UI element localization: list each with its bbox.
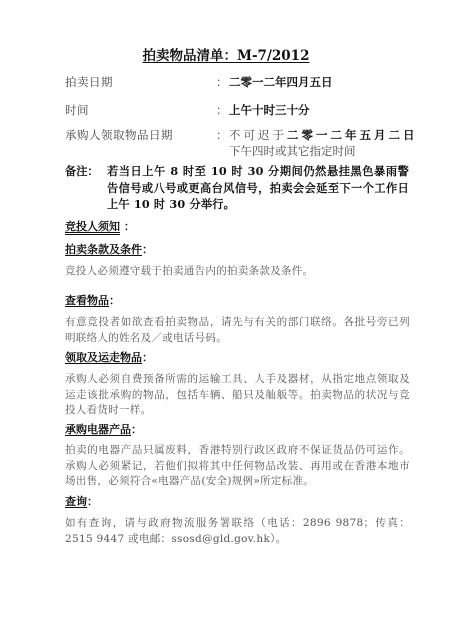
section-heading-colon: ： [109,294,120,307]
section-body-inspection: 有意竞投者如欲查看拍卖物品，请先与有关的部门联络。各批号旁已列明联络人的姓名及／… [65,315,410,346]
info-colon: ： [216,74,228,90]
section-heading-text: 拍卖条款及条件 [65,243,142,256]
section-heading-text: 承购电器产品 [65,423,131,436]
section-body-electrical: 拍卖的电器产品只属废料，香港特别行政区政府不保证货品仍可运作。承购人必须紧记，若… [65,443,410,490]
section-heading-colon: ： [87,495,98,508]
info-value-prefix: 不可迟于 [229,128,287,142]
section-heading-text: 查询 [65,495,87,508]
section-heading-inspection: 查看物品： [65,292,120,308]
section-heading-text: 查看物品 [65,294,109,307]
info-value: 二零一二年四月五日 [229,74,452,90]
info-colon: ： [216,127,228,143]
info-value-bold: 上午十时三十分 [229,103,310,117]
info-colon: ： [216,102,228,118]
section-heading-colon: ： [142,351,153,364]
bidder-notice-heading-colon: ： [124,220,135,233]
section-heading-text: 领取及运走物品 [65,351,142,364]
info-value: 上午十时三十分 [229,102,452,118]
section-heading-colon: ： [142,243,153,256]
document-page: 拍卖物品清单：M-7/2012 拍卖日期 ： 二零一二年四月五日 时间 ： 上午… [0,0,452,640]
title-text: 拍卖物品清单：M-7/2012 [143,48,310,64]
info-label: 时间 [65,102,215,118]
section-body-enquiry: 如有查询，请与政府物流服务署联络（电话：2896 9878；传真：2515 94… [65,516,410,547]
info-value-bold: 二零一二年五月二日 [287,128,418,142]
section-heading-electrical: 承购电器产品： [65,421,142,437]
section-heading-enquiry: 查询： [65,493,98,509]
info-label: 承购人领取物品日期 [65,127,215,143]
note-text: 若当日上午 8 时至 10 时 30 分期间仍然悬挂黑色暴雨警告信号或八号或更高… [107,163,409,213]
section-heading-collection: 领取及运走物品： [65,349,153,365]
note-label: 备注： [65,163,99,180]
section-heading-terms: 拍卖条款及条件： [65,241,153,257]
section-body-collection: 承购人必须自费预备所需的运输工具、人手及器材，从指定地点领取及运走该批承购的物品… [65,372,410,419]
bidder-notice-heading: 竞投人须知 ： [65,218,135,234]
section-body-terms: 竞投人必须遵守载于拍卖通告内的拍卖条款及条件。 [65,264,410,280]
section-heading-colon: ： [131,423,142,436]
document-title: 拍卖物品清单：M-7/2012 [0,44,452,64]
info-label: 拍卖日期 [65,74,215,90]
info-value: 不可迟于二零一二年五月二日 下午四时或其它指定时间 [229,127,452,159]
info-value-bold: 二零一二年四月五日 [229,75,333,89]
info-value-line2: 下午四时或其它指定时间 [229,144,356,158]
bidder-notice-heading-text: 竞投人须知 [65,220,120,233]
